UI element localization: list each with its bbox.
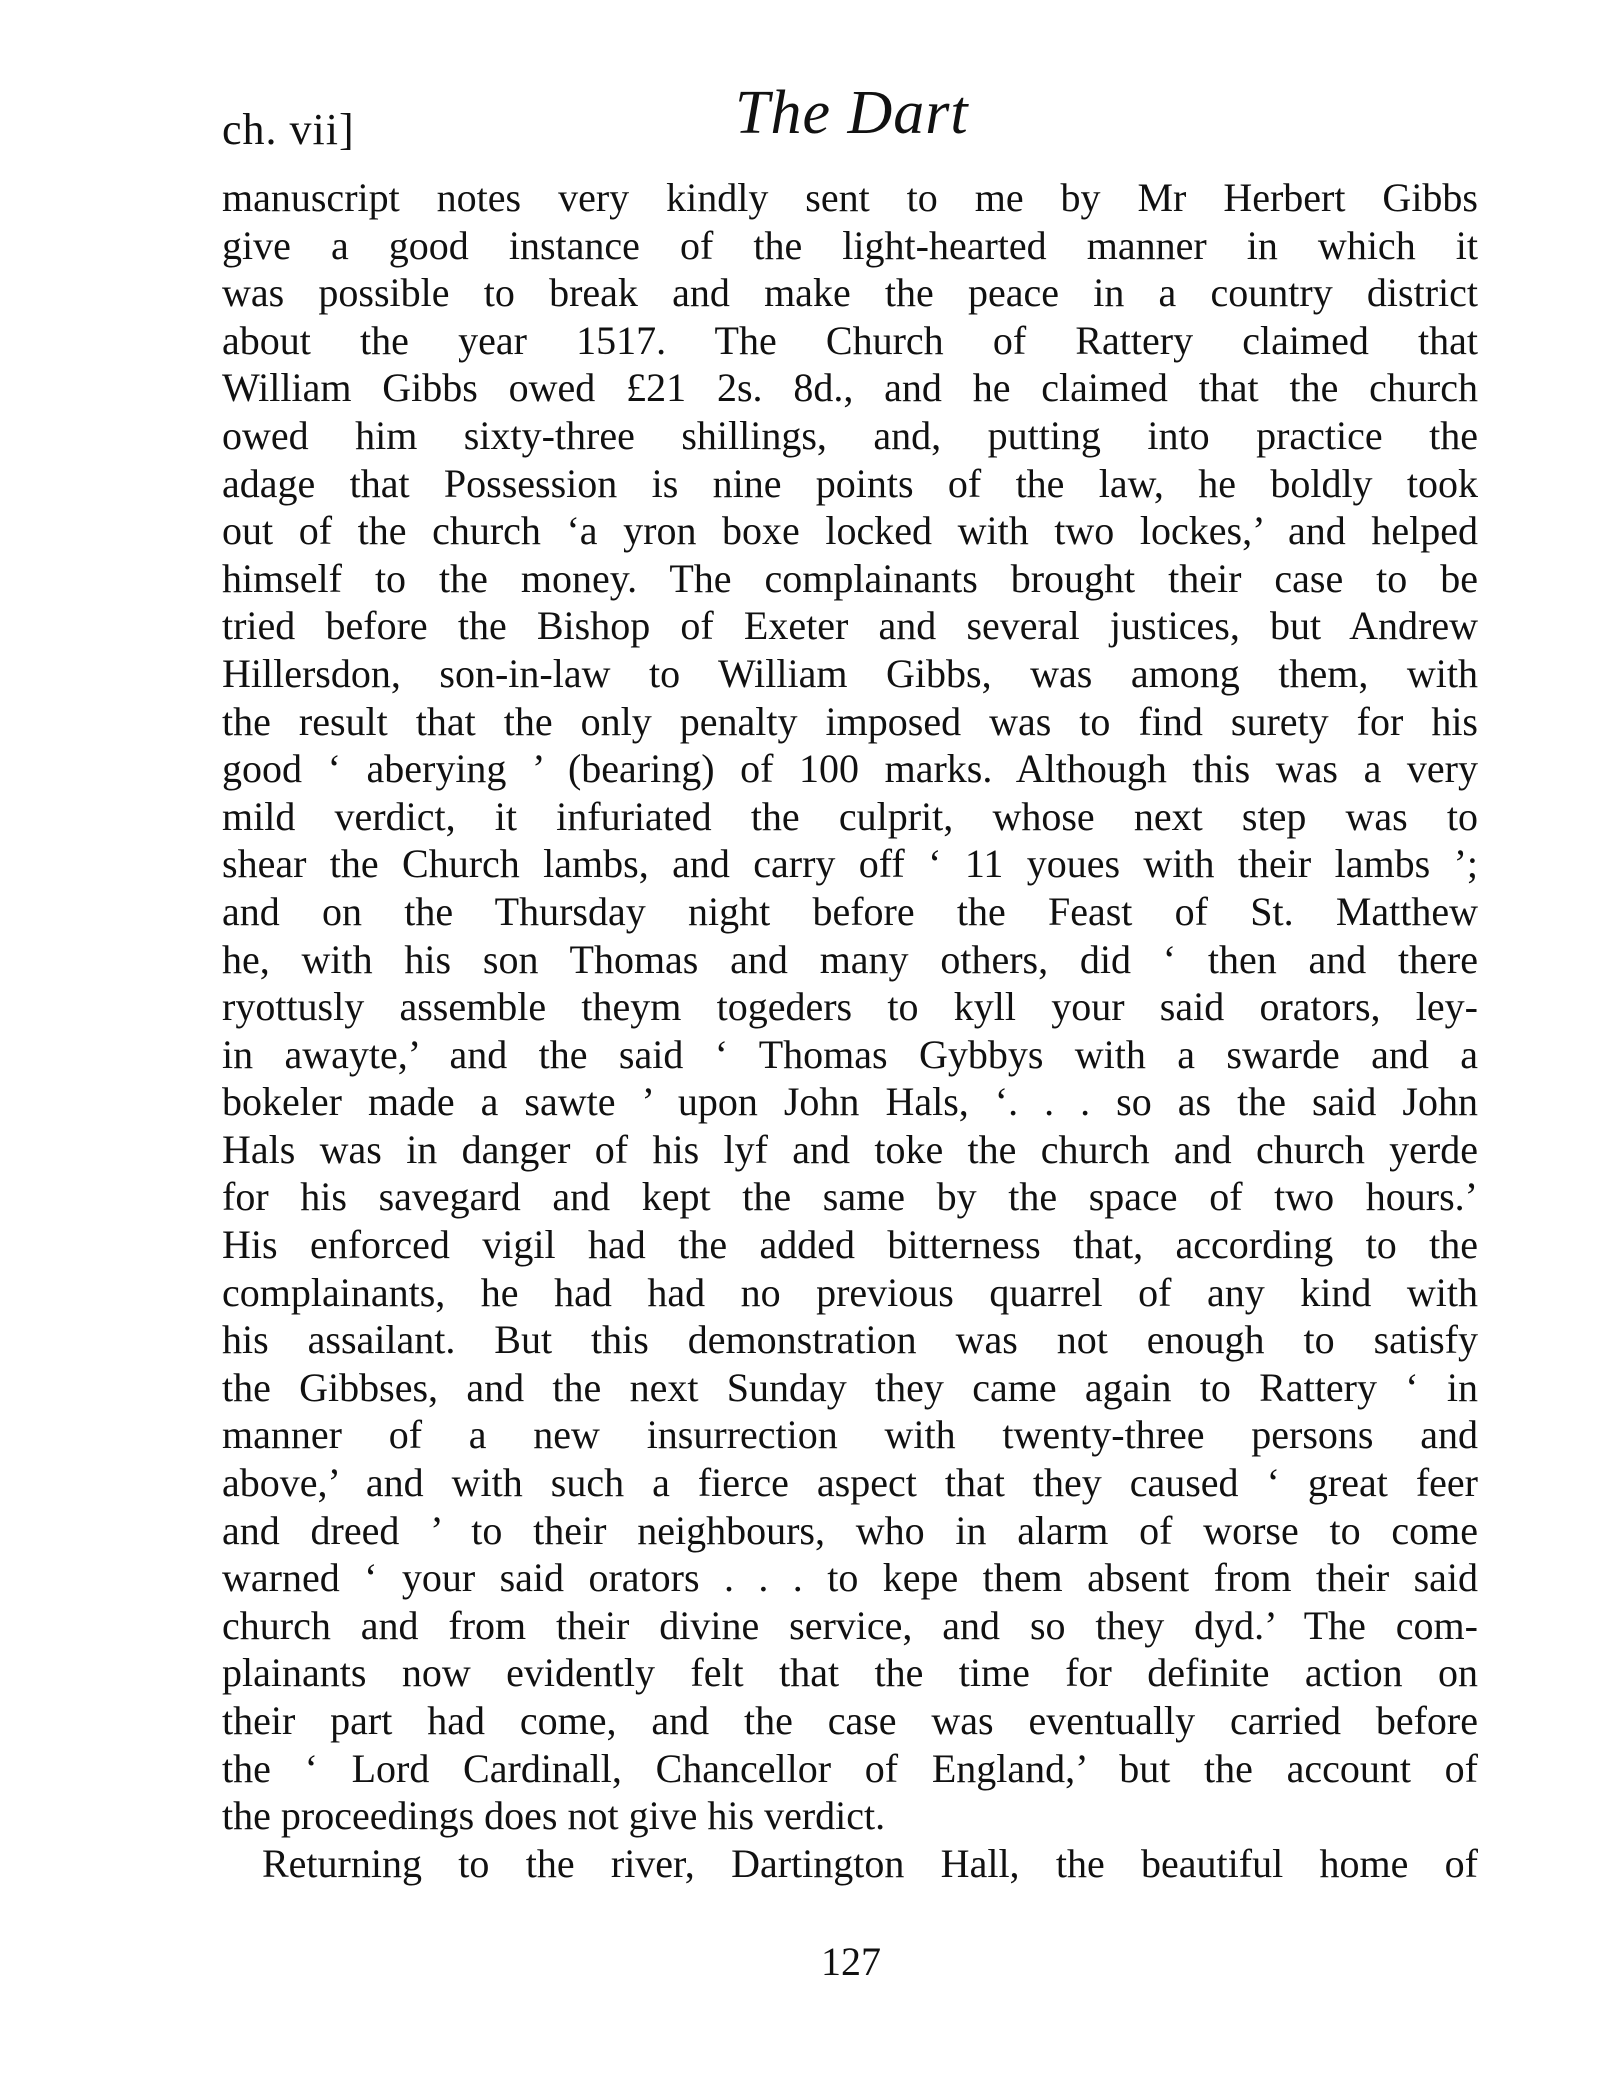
- text-line: about the year 1517. The Church of Ratte…: [222, 317, 1478, 365]
- text-line: was possible to break and make the peace…: [222, 269, 1478, 317]
- text-line: owed him sixty-three shillings, and, put…: [222, 412, 1478, 460]
- text-line: he, with his son Thomas and many others,…: [222, 936, 1478, 984]
- text-line: the ‘ Lord Cardinall, Chancellor of Engl…: [222, 1745, 1478, 1793]
- text-line: the result that the only penalty imposed…: [222, 698, 1478, 746]
- page-number: 127: [806, 1938, 896, 1986]
- text-line: bokeler made a sawte ’ upon John Hals, ‘…: [222, 1078, 1478, 1126]
- text-line: above,’ and with such a fierce aspect th…: [222, 1459, 1478, 1507]
- text-line: church and from their divine service, an…: [222, 1602, 1478, 1650]
- text-line: in awayte,’ and the said ‘ Thomas Gybbys…: [222, 1031, 1478, 1079]
- text-line: give a good instance of the light-hearte…: [222, 222, 1478, 270]
- text-line: himself to the money. The complainants b…: [222, 555, 1478, 603]
- text-line: out of the church ‘a yron boxe locked wi…: [222, 507, 1478, 555]
- text-line-paragraph-end: the proceedings does not give his verdic…: [222, 1792, 1478, 1840]
- text-line: good ‘ aberying ’ (bearing) of 100 marks…: [222, 745, 1478, 793]
- text-line: his assailant. But this demonstration wa…: [222, 1316, 1478, 1364]
- chapter-running-head: ch. vii]: [222, 104, 355, 156]
- text-line: plainants now evidently felt that the ti…: [222, 1649, 1478, 1697]
- text-line: manner of a new insurrection with twenty…: [222, 1411, 1478, 1459]
- page-title: The Dart: [735, 80, 1010, 146]
- text-line: manuscript notes very kindly sent to me …: [222, 174, 1478, 222]
- text-line: tried before the Bishop of Exeter and se…: [222, 602, 1478, 650]
- text-line-paragraph-start: Returning to the river, Dartington Hall,…: [222, 1840, 1478, 1888]
- text-line: the Gibbses, and the next Sunday they ca…: [222, 1364, 1478, 1412]
- text-line: mild verdict, it infuriated the culprit,…: [222, 793, 1478, 841]
- text-line: ryottusly assemble theym togeders to kyl…: [222, 983, 1478, 1031]
- text-line: warned ‘ your said orators . . . to kepe…: [222, 1554, 1478, 1602]
- text-line: and on the Thursday night before the Fea…: [222, 888, 1478, 936]
- text-line: for his savegard and kept the same by th…: [222, 1173, 1478, 1221]
- text-line: and dreed ’ to their neighbours, who in …: [222, 1507, 1478, 1555]
- text-line: Hillersdon, son-in-law to William Gibbs,…: [222, 650, 1478, 698]
- text-line: complainants, he had had no previous qua…: [222, 1269, 1478, 1317]
- text-line: adage that Possession is nine points of …: [222, 460, 1478, 508]
- text-line: William Gibbs owed £21 2s. 8d., and he c…: [222, 364, 1478, 412]
- text-line: their part had come, and the case was ev…: [222, 1697, 1478, 1745]
- text-line: Hals was in danger of his lyf and toke t…: [222, 1126, 1478, 1174]
- body-text: manuscript notes very kindly sent to me …: [222, 174, 1478, 1887]
- text-line: shear the Church lambs, and carry off ‘ …: [222, 840, 1478, 888]
- book-page: ch. vii] The Dart manuscript notes very …: [0, 0, 1616, 2082]
- text-line: His enforced vigil had the added bittern…: [222, 1221, 1478, 1269]
